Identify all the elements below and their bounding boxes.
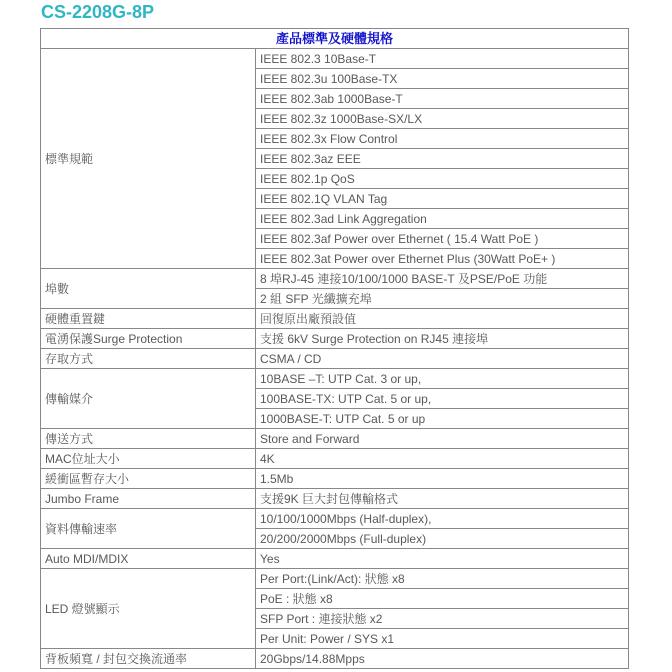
- spec-table-body: 產品標準及硬體規格 標準規範IEEE 802.3 10Base-TIEEE 80…: [41, 29, 629, 669]
- spec-row: 埠數8 埠RJ-45 連接10/100/1000 BASE-T 及PSE/PoE…: [41, 269, 629, 289]
- spec-value-cell: IEEE 802.3ab 1000Base-T: [256, 89, 629, 109]
- spec-value-cell: 回復原出廠預設值: [256, 309, 629, 329]
- spec-value-cell: 2 組 SFP 光纖擴充埠: [256, 289, 629, 309]
- spec-value-cell: IEEE 802.3at Power over Ethernet Plus (3…: [256, 249, 629, 269]
- spec-value-cell: Yes: [256, 549, 629, 569]
- spec-row: 緩衝區暫存大小1.5Mb: [41, 469, 629, 489]
- spec-row: 電湧保護Surge Protection支援 6kV Surge Protect…: [41, 329, 629, 349]
- spec-value-cell: IEEE 802.3af Power over Ethernet ( 15.4 …: [256, 229, 629, 249]
- spec-value-cell: IEEE 802.1p QoS: [256, 169, 629, 189]
- spec-row: 資料傳輸速率10/100/1000Mbps (Half-duplex),: [41, 509, 629, 529]
- spec-value-cell: Per Unit: Power / SYS x1: [256, 629, 629, 649]
- spec-value-cell: 20/200/2000Mbps (Full-duplex): [256, 529, 629, 549]
- spec-row: 存取方式CSMA / CD: [41, 349, 629, 369]
- spec-row: Auto MDI/MDIXYes: [41, 549, 629, 569]
- spec-value-cell: IEEE 802.1Q VLAN Tag: [256, 189, 629, 209]
- table-header: 產品標準及硬體規格: [41, 29, 629, 49]
- spec-table: 產品標準及硬體規格 標準規範IEEE 802.3 10Base-TIEEE 80…: [40, 28, 629, 669]
- spec-row: Jumbo Frame支援9K 巨大封包傳輸格式: [41, 489, 629, 509]
- spec-label-cell: LED 燈號顯示: [41, 569, 256, 649]
- spec-value-cell: 20Gbps/14.88Mpps: [256, 649, 629, 669]
- spec-label-cell: 電湧保護Surge Protection: [41, 329, 256, 349]
- spec-label-cell: 埠數: [41, 269, 256, 309]
- spec-value-cell: IEEE 802.3az EEE: [256, 149, 629, 169]
- spec-label-cell: 傳輸媒介: [41, 369, 256, 429]
- spec-label-cell: 傳送方式: [41, 429, 256, 449]
- spec-label-cell: 存取方式: [41, 349, 256, 369]
- spec-row: 背板頻寬 / 封包交換流通率20Gbps/14.88Mpps: [41, 649, 629, 669]
- spec-value-cell: 8 埠RJ-45 連接10/100/1000 BASE-T 及PSE/PoE 功…: [256, 269, 629, 289]
- spec-value-cell: SFP Port : 連接狀態 x2: [256, 609, 629, 629]
- table-header-row: 產品標準及硬體規格: [41, 29, 629, 49]
- spec-label-cell: 硬體重置鍵: [41, 309, 256, 329]
- spec-label-cell: Auto MDI/MDIX: [41, 549, 256, 569]
- spec-value-cell: 1.5Mb: [256, 469, 629, 489]
- spec-value-cell: Store and Forward: [256, 429, 629, 449]
- spec-value-cell: 支援9K 巨大封包傳輸格式: [256, 489, 629, 509]
- spec-value-cell: IEEE 802.3x Flow Control: [256, 129, 629, 149]
- spec-value-cell: IEEE 802.3u 100Base-TX: [256, 69, 629, 89]
- spec-row: LED 燈號顯示Per Port:(Link/Act): 狀態 x8: [41, 569, 629, 589]
- spec-value-cell: 4K: [256, 449, 629, 469]
- spec-value-cell: 10BASE –T: UTP Cat. 3 or up,: [256, 369, 629, 389]
- spec-value-cell: PoE : 狀態 x8: [256, 589, 629, 609]
- spec-row: 標準規範IEEE 802.3 10Base-T: [41, 49, 629, 69]
- spec-row: 傳輸媒介10BASE –T: UTP Cat. 3 or up,: [41, 369, 629, 389]
- spec-value-cell: 1000BASE-T: UTP Cat. 5 or up: [256, 409, 629, 429]
- spec-row: 硬體重置鍵回復原出廠預設值: [41, 309, 629, 329]
- page-title: CS-2208G-8P: [41, 2, 154, 23]
- spec-label-cell: Jumbo Frame: [41, 489, 256, 509]
- spec-label-cell: 背板頻寬 / 封包交換流通率: [41, 649, 256, 669]
- spec-value-cell: CSMA / CD: [256, 349, 629, 369]
- spec-row: MAC位址大小4K: [41, 449, 629, 469]
- spec-label-cell: 標準規範: [41, 49, 256, 269]
- spec-value-cell: 10/100/1000Mbps (Half-duplex),: [256, 509, 629, 529]
- spec-label-cell: MAC位址大小: [41, 449, 256, 469]
- spec-value-cell: 支援 6kV Surge Protection on RJ45 連接埠: [256, 329, 629, 349]
- spec-label-cell: 資料傳輸速率: [41, 509, 256, 549]
- spec-value-cell: 100BASE-TX: UTP Cat. 5 or up,: [256, 389, 629, 409]
- spec-value-cell: IEEE 802.3 10Base-T: [256, 49, 629, 69]
- spec-value-cell: IEEE 802.3ad Link Aggregation: [256, 209, 629, 229]
- spec-row: 傳送方式Store and Forward: [41, 429, 629, 449]
- spec-label-cell: 緩衝區暫存大小: [41, 469, 256, 489]
- spec-value-cell: IEEE 802.3z 1000Base-SX/LX: [256, 109, 629, 129]
- spec-value-cell: Per Port:(Link/Act): 狀態 x8: [256, 569, 629, 589]
